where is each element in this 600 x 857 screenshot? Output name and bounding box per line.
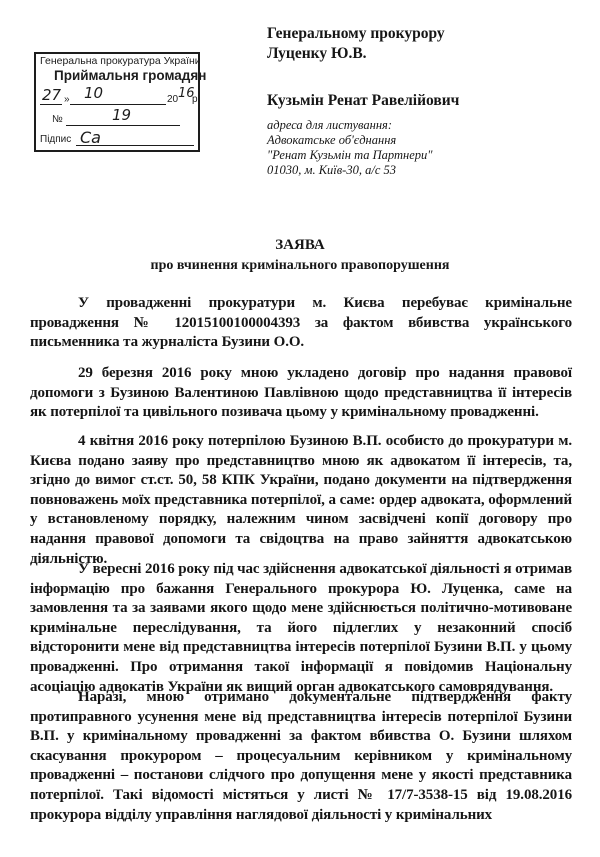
paragraph-3: 4 квітня 2016 року потерпілою Бузиною В.… — [30, 432, 572, 569]
stamp-organization: Генеральна прокуратура України — [40, 55, 201, 67]
stamp-month: 10 — [84, 84, 103, 102]
paragraph-4: У вересні 2016 року під час здійснення а… — [30, 560, 572, 697]
paragraph-1: У провадженні прокуратури м. Києва переб… — [30, 294, 572, 353]
sender-address-line-2: "Ренат Кузьмін та Партнери" — [267, 148, 459, 163]
recipient-line-1: Генеральному прокурору — [267, 24, 445, 44]
paragraph-2: 29 березня 2016 року мною укладено догов… — [30, 364, 572, 423]
sender-block: Кузьмін Ренат Равелійович адреса для лис… — [267, 92, 459, 178]
recipient-line-2: Луценку Ю.В. — [267, 44, 445, 64]
sender-address-label: адреса для листування: — [267, 118, 459, 133]
document-title: ЗАЯВА — [0, 237, 600, 254]
reception-stamp: Генеральна прокуратура України Приймальн… — [34, 52, 200, 152]
stamp-number-label: № — [52, 114, 63, 125]
sender-address-line-3: 01030, м. Київ-30, а/с 53 — [267, 163, 459, 178]
stamp-number-row: № 19 — [52, 110, 192, 128]
stamp-year-prefix: 20 — [167, 94, 178, 105]
stamp-department: Приймальня громадян — [54, 68, 206, 83]
stamp-signature-row: Підпис Ca — [40, 130, 196, 150]
stamp-number: 19 — [112, 106, 131, 124]
stamp-signature-label: Підпис — [40, 134, 71, 145]
paragraph-5: Наразі, мною отримано документальне підт… — [30, 688, 572, 825]
stamp-year-unit: р. — [192, 94, 200, 105]
recipient-block: Генеральному прокурору Луценку Ю.В. — [267, 24, 445, 64]
sender-address-line-1: Адвокатське об'єднання — [267, 133, 459, 148]
document-subtitle: про вчинення кримінального правопорушенн… — [0, 258, 600, 274]
sender-name: Кузьмін Ренат Равелійович — [267, 92, 459, 110]
stamp-day: 27 — [42, 86, 61, 104]
stamp-date-row: 27 » 10 20 16 р. — [40, 88, 196, 108]
